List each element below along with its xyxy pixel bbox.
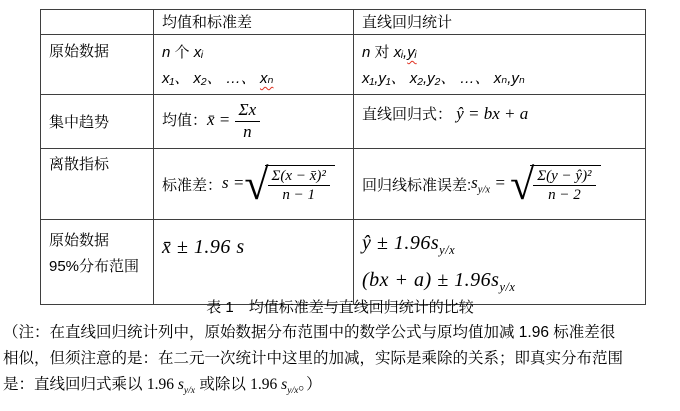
raw-x-list-line: x₁、 x₂、 …、 xₙ (162, 66, 349, 92)
row-label-central-tendency: 集中趋势 (41, 95, 154, 149)
note-line-2: 相似，但须注意的是：在二元一次统计中这里的加减，实际是乘除的关系；即真实分布范围 (3, 346, 679, 372)
cell-mean-range: x̄ ± 1.96 s (154, 220, 354, 305)
radical-sign: √ (244, 165, 268, 205)
equals-sign: = (490, 173, 510, 192)
value-1.96: 1.96 (250, 376, 281, 393)
var-yi-spellcheck: yᵢ (407, 44, 416, 61)
table-caption: 表 1 均值标准差与直线回归统计的比较 (0, 296, 680, 317)
raw-xy-count-line: n 对 xᵢ,yᵢ (362, 40, 641, 66)
text-dui: 对 (370, 44, 393, 61)
se-equation: sy/x = √Σ(y − ŷ)²n − 2 (471, 164, 600, 204)
se-numerator: Σ(y − ŷ)² (533, 168, 595, 187)
note-text: 是：直线回归式乘以 (3, 376, 147, 393)
label-95-range: 95%分布范围 (49, 254, 149, 280)
var-s: s (471, 173, 478, 192)
mean-fraction: Σxn (235, 101, 261, 141)
document-page: 均值和标准差 直线回归统计 原始数据 n 个 xᵢ x₁、 x₂、 …、 xₙ … (0, 0, 680, 411)
sub-y-over-x: y/x (287, 385, 298, 396)
raw-x-count-line: n 个 xᵢ (162, 40, 349, 66)
regression-range-line1: ŷ ± 1.96sy/x (362, 228, 641, 265)
cell-raw-data-mean: n 个 xᵢ x₁、 x₂、 …、 xₙ (154, 35, 354, 95)
cell-se-formula: 回归线标准误差:sy/x = √Σ(y − ŷ)²n − 2 (354, 149, 646, 220)
comparison-table: 均值和标准差 直线回归统计 原始数据 n 个 xᵢ x₁、 x₂、 …、 xₙ … (40, 9, 646, 305)
se-denominator: n − 2 (533, 186, 595, 204)
var-xi: xᵢ (194, 44, 203, 61)
radical-sign: √ (510, 165, 534, 205)
sd-equation: s =√Σ(x − x̄)²n − 1 (222, 164, 335, 204)
note-text: 或除以 (195, 376, 250, 393)
note-line-3: 是：直线回归式乘以 1.96 sy/x 或除以 1.96 sy/x。） (3, 372, 679, 404)
row-central-tendency: 集中趋势 均值：x̄ = Σxn 直线回归式： ŷ = bx + a (41, 95, 646, 149)
cell-regression-formula: 直线回归式： ŷ = bx + a (354, 95, 646, 149)
note-line-1: （注：在直线回归统计列中，原始数据分布范围中的数学公式与原均值加减 1.96 标… (3, 320, 679, 346)
note-paragraph: （注：在直线回归统计列中，原始数据分布范围中的数学公式与原均值加减 1.96 标… (3, 320, 679, 404)
label-regression-eq: 直线回归式： (362, 106, 452, 123)
mean-lhs: x̄ = (207, 110, 230, 129)
note-closing: 。） (298, 376, 321, 393)
sub-y-over-x: y/x (478, 184, 490, 195)
var-xn-spellcheck: xₙ (260, 70, 273, 87)
regression-equation: ŷ = bx + a (456, 104, 528, 123)
fraction-numerator: Σx (235, 101, 261, 122)
sd-numerator: Σ(x − x̄)² (268, 168, 330, 187)
var-xi: xᵢ, (394, 44, 408, 61)
mean-range-formula: x̄ ± 1.96 s (162, 236, 245, 258)
x-sequence: x₁、 x₂、 …、 (162, 70, 260, 87)
header-regression: 直线回归统计 (354, 10, 646, 35)
bxa-range: (bx + a) ± 1.96s (362, 269, 499, 291)
sub-y-over-x: y/x (439, 243, 455, 257)
cell-mean-formula: 均值：x̄ = Σxn (154, 95, 354, 149)
text-ge: 个 (170, 44, 193, 61)
header-empty-cell (41, 10, 154, 35)
sd-formula-wrap: 标准差：s =√Σ(x − x̄)²n − 1 (162, 151, 349, 217)
table-header-row: 均值和标准差 直线回归统计 (41, 10, 646, 35)
label-raw-data: 原始数据 (49, 228, 149, 254)
row-label-95-range: 原始数据 95%分布范围 (41, 220, 154, 305)
row-95-range: 原始数据 95%分布范围 x̄ ± 1.96 s ŷ ± 1.96sy/x (b… (41, 220, 646, 305)
row-dispersion: 离散指标 标准差：s =√Σ(x − x̄)²n − 1 回归线标准误差:sy/… (41, 149, 646, 220)
value-1.96: 1.96 (147, 376, 178, 393)
cell-raw-data-regression: n 对 xᵢ,yᵢ x₁,y₁、 x₂,y₂、 …、 xₙ,yₙ (354, 35, 646, 95)
var-xnyn: xₙ,yₙ (494, 70, 525, 87)
sub-y-over-x: y/x (184, 385, 195, 396)
yhat-range: ŷ ± 1.96s (362, 232, 439, 254)
label-mean: 均值： (162, 112, 207, 129)
sd-radical: √Σ(x − x̄)²n − 1 (244, 164, 335, 204)
xy-sequence: x₁,y₁、 x₂,y₂、 …、 (362, 70, 494, 87)
sd-lhs: s = (222, 173, 244, 192)
label-sd: 标准差： (162, 174, 222, 195)
cell-regression-range: ŷ ± 1.96sy/x (bx + a) ± 1.96sy/x (354, 220, 646, 305)
fraction-denominator: n (235, 122, 261, 142)
row-raw-data: 原始数据 n 个 xᵢ x₁、 x₂、 …、 xₙ n 对 xᵢ,yᵢ x₁,y… (41, 35, 646, 95)
sd-denominator: n − 1 (268, 186, 330, 204)
mean-equation: x̄ = Σxn (207, 110, 260, 129)
cell-sd-formula: 标准差：s =√Σ(x − x̄)²n − 1 (154, 149, 354, 220)
row-label-raw-data: 原始数据 (41, 35, 154, 95)
row-label-dispersion: 离散指标 (41, 149, 154, 220)
label-se: 回归线标准误差: (362, 174, 471, 195)
se-radical: √Σ(y − ŷ)²n − 2 (510, 164, 601, 204)
sub-y-over-x: y/x (499, 280, 515, 294)
raw-xy-list-line: x₁,y₁、 x₂,y₂、 …、 xₙ,yₙ (362, 66, 641, 92)
se-formula-wrap: 回归线标准误差:sy/x = √Σ(y − ŷ)²n − 2 (362, 151, 641, 217)
header-mean-sd: 均值和标准差 (154, 10, 354, 35)
